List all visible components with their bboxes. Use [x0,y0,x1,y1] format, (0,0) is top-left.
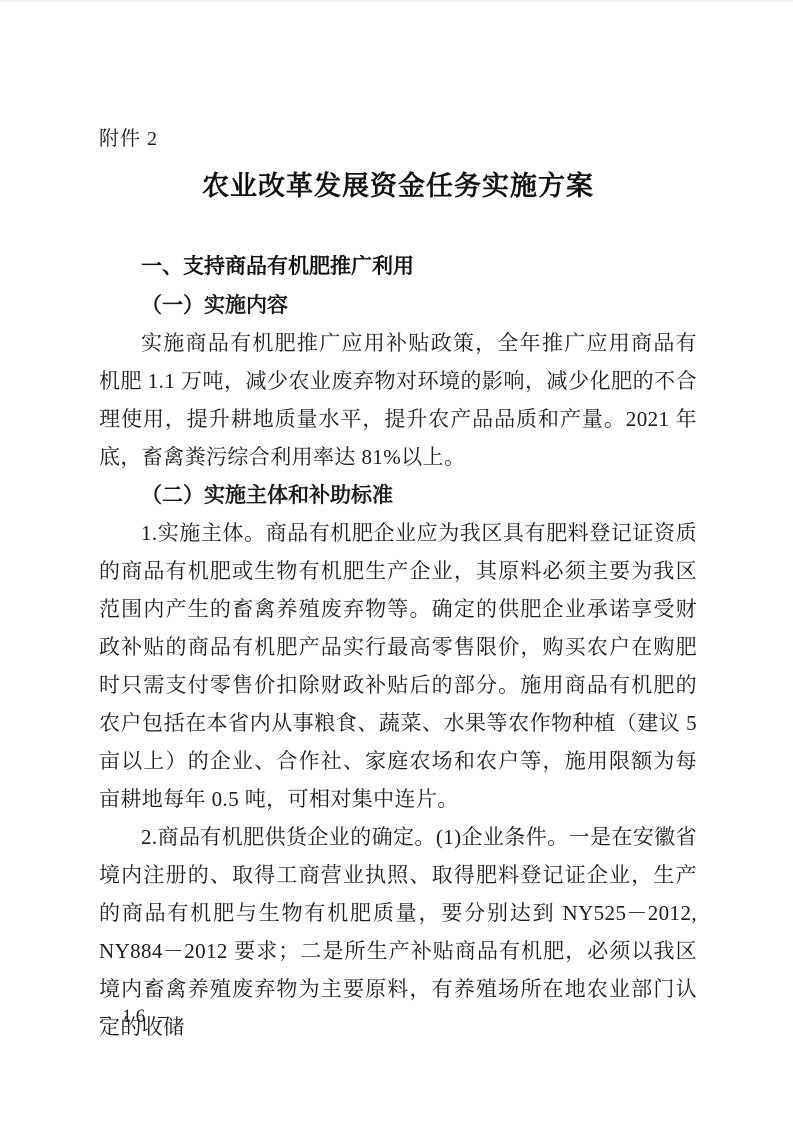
attachment-label: 附件 2 [99,0,697,154]
paragraph-implementation-content: 实施商品有机肥推广应用补贴政策，全年推广应用商品有机肥 1.1 万吨，减少农业废… [99,324,697,476]
paragraph-implementation-subject: 1.实施主体。商品有机肥企业应为我区具有肥料登记证资质的商品有机肥或生物有机肥生… [99,514,697,818]
page-number: – 16 – [100,1006,172,1028]
document-title: 农业改革发展资金任务实施方案 [99,166,697,206]
subsection-heading-subjects-and-subsidy: （二）实施主体和补助标准 [99,476,697,514]
paragraph-supplier-determination: 2.商品有机肥供货企业的确定。(1)企业条件。一是在安徽省境内注册的、取得工商营… [99,818,697,1046]
section-heading-1: 一、支持商品有机肥推广利用 [99,248,697,286]
document-page: 附件 2 农业改革发展资金任务实施方案 一、支持商品有机肥推广利用 （一）实施内… [0,0,793,1122]
subsection-heading-implementation-content: （一）实施内容 [99,286,697,324]
scan-edge-artifact [0,0,793,2]
